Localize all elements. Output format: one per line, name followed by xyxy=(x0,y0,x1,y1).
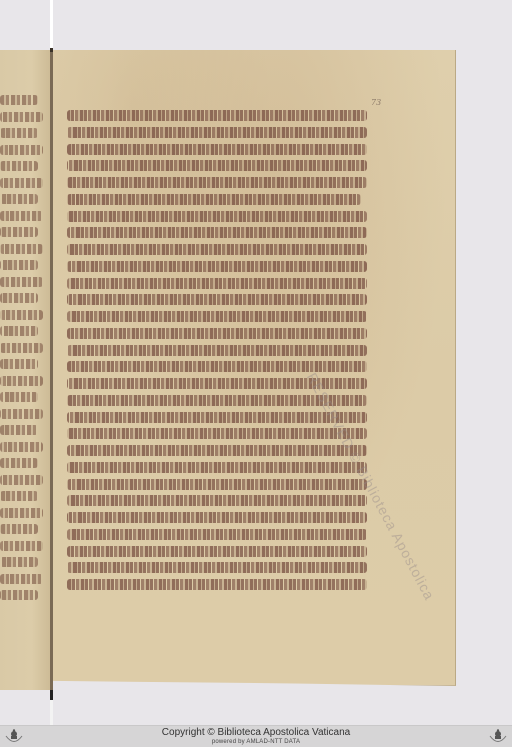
manuscript-line xyxy=(67,428,367,439)
page-gutter xyxy=(50,0,53,725)
manuscript-line xyxy=(67,127,367,138)
manuscript-line xyxy=(67,211,367,222)
manuscript-line xyxy=(0,442,43,452)
manuscript-line xyxy=(0,178,43,188)
manuscript-line xyxy=(67,546,367,557)
powered-by-text: powered by AMLAD-NTT DATA xyxy=(0,738,512,746)
manuscript-line xyxy=(67,479,367,490)
manuscript-line xyxy=(0,293,38,303)
manuscript-line xyxy=(67,110,367,121)
manuscript-line xyxy=(67,227,367,238)
manuscript-line xyxy=(0,310,43,320)
manuscript-line xyxy=(0,475,43,485)
manuscript-line xyxy=(0,541,43,551)
manuscript-line xyxy=(67,562,367,573)
folio-number: 73 xyxy=(371,98,381,107)
manuscript-line xyxy=(0,95,38,105)
copyright-footer: Copyright © Biblioteca Apostolica Vatica… xyxy=(0,725,512,747)
vatican-seal-icon xyxy=(487,728,509,746)
manuscript-line xyxy=(67,495,367,506)
manuscript-line xyxy=(0,145,43,155)
manuscript-viewer[interactable]: 73 RESERVED © Biblioteca Apostolica xyxy=(0,0,512,725)
manuscript-line xyxy=(67,462,367,473)
manuscript-line xyxy=(0,508,43,518)
manuscript-line xyxy=(67,512,367,523)
right-page-recto: 73 RESERVED © Biblioteca Apostolica xyxy=(53,50,456,686)
manuscript-line xyxy=(67,194,361,205)
manuscript-line xyxy=(0,161,38,171)
manuscript-line xyxy=(0,409,43,419)
copyright-text: Copyright © Biblioteca Apostolica Vatica… xyxy=(0,726,512,738)
manuscript-line xyxy=(0,574,43,584)
manuscript-line xyxy=(67,345,367,356)
manuscript-line xyxy=(67,328,367,339)
manuscript-line xyxy=(0,392,38,402)
manuscript-line xyxy=(67,144,367,155)
manuscript-text-block xyxy=(67,110,367,600)
manuscript-line xyxy=(0,425,38,435)
manuscript-line xyxy=(0,260,38,270)
manuscript-line xyxy=(0,128,38,138)
manuscript-line xyxy=(67,261,367,272)
manuscript-line xyxy=(0,194,38,204)
manuscript-line xyxy=(0,227,38,237)
manuscript-line xyxy=(0,277,43,287)
manuscript-line xyxy=(0,112,43,122)
manuscript-line xyxy=(0,458,38,468)
manuscript-line xyxy=(0,590,38,600)
manuscript-line xyxy=(0,376,43,386)
vatican-seal-icon xyxy=(3,728,25,746)
manuscript-line xyxy=(67,361,367,372)
manuscript-line xyxy=(67,311,367,322)
left-page-verso xyxy=(0,50,53,690)
manuscript-line xyxy=(0,557,38,567)
manuscript-line xyxy=(67,278,367,289)
manuscript-line xyxy=(67,294,367,305)
manuscript-line xyxy=(67,529,367,540)
manuscript-line xyxy=(0,491,38,501)
manuscript-line xyxy=(0,524,38,534)
manuscript-line xyxy=(0,359,38,369)
manuscript-line xyxy=(67,579,367,590)
manuscript-line xyxy=(67,160,367,171)
manuscript-line xyxy=(0,244,43,254)
manuscript-line xyxy=(67,244,367,255)
manuscript-line xyxy=(0,343,43,353)
manuscript-line xyxy=(67,445,367,456)
manuscript-line xyxy=(0,211,43,221)
manuscript-line xyxy=(0,326,38,336)
manuscript-line xyxy=(67,177,367,188)
left-page-text xyxy=(0,95,48,605)
